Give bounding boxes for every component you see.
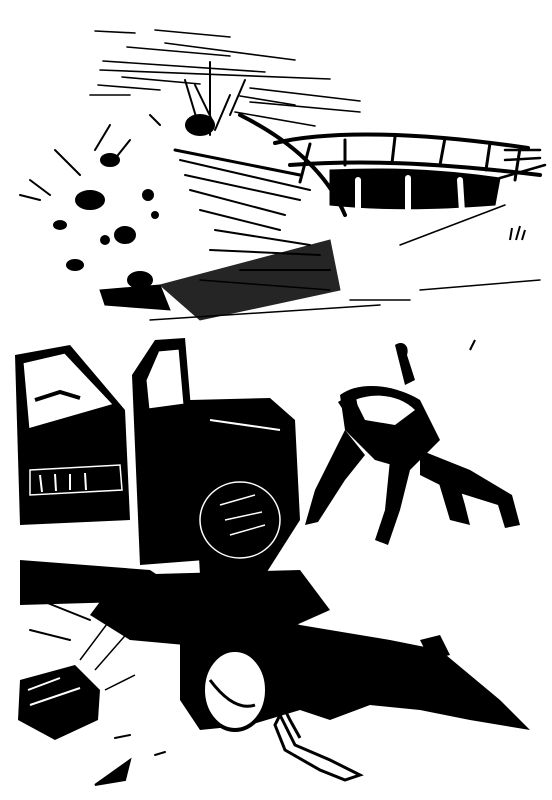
- illustration: [0, 0, 552, 800]
